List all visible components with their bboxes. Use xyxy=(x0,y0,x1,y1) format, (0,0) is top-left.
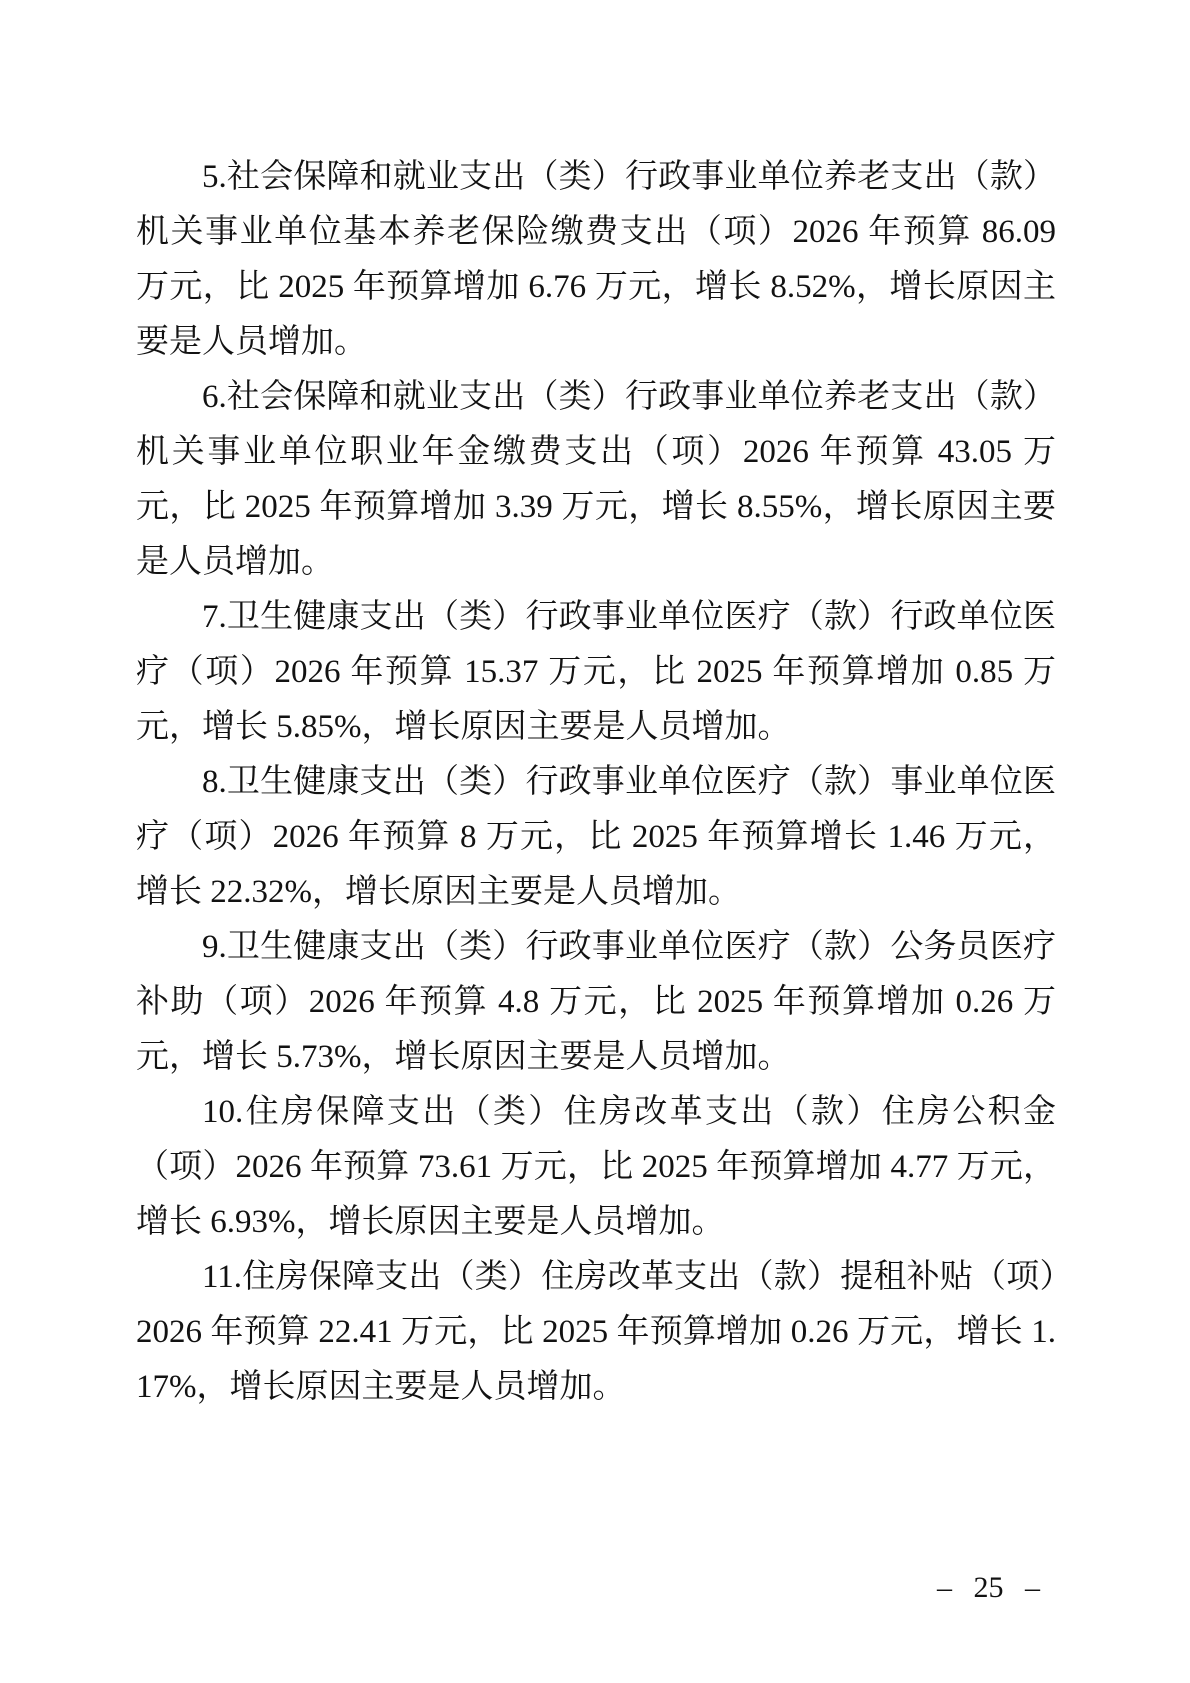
budget-item-paragraph-7: 7.卫生健康支出（类）行政事业单位医疗（款）行政单位医疗（项）2026 年预算 … xyxy=(136,590,1056,755)
budget-item-paragraph-6: 6.社会保障和就业支出（类）行政事业单位养老支出（款）机关事业单位职业年金缴费支… xyxy=(136,370,1056,590)
budget-item-paragraph-9: 9.卫生健康支出（类）行政事业单位医疗（款）公务员医疗补助（项）2026 年预算… xyxy=(136,920,1056,1085)
budget-item-paragraph-10: 10.住房保障支出（类）住房改革支出（款）住房公积金（项）2026 年预算 73… xyxy=(136,1085,1056,1250)
page-footer: – 25 – xyxy=(937,1570,1040,1606)
document-body: 5.社会保障和就业支出（类）行政事业单位养老支出（款）机关事业单位基本养老保险缴… xyxy=(136,150,1056,1415)
page-number: – 25 – xyxy=(937,1571,1040,1604)
budget-item-paragraph-8: 8.卫生健康支出（类）行政事业单位医疗（款）事业单位医疗（项）2026 年预算 … xyxy=(136,755,1056,920)
budget-item-paragraph-5: 5.社会保障和就业支出（类）行政事业单位养老支出（款）机关事业单位基本养老保险缴… xyxy=(136,150,1056,370)
document-page: 5.社会保障和就业支出（类）行政事业单位养老支出（款）机关事业单位基本养老保险缴… xyxy=(0,0,1190,1683)
budget-item-paragraph-11: 11.住房保障支出（类）住房改革支出（款）提租补贴（项）2026 年预算 22.… xyxy=(136,1250,1056,1415)
